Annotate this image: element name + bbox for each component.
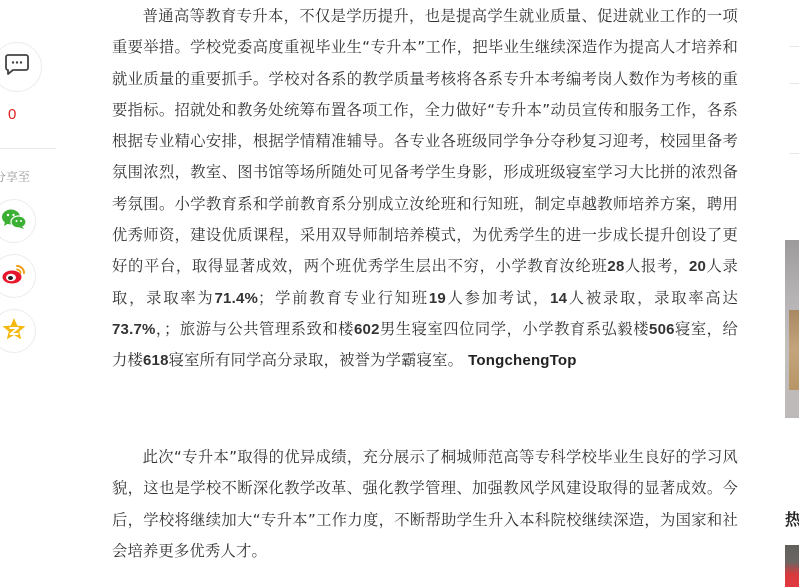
article-thumbnail[interactable]	[785, 545, 799, 587]
paragraph-text: 男生寝室四位同学，小学教育系弘毅楼	[380, 320, 649, 338]
stat-value: 28	[607, 258, 624, 275]
right-divider	[790, 83, 799, 84]
article-paragraph-1: 普通高等教育专升本，不仅是学历提升，也是提高学生就业质量、促进就业工作的一项重要…	[112, 1, 738, 377]
comment-button[interactable]	[0, 42, 42, 92]
paragraph-text: ，；旅游与公共管理系致和楼	[156, 320, 354, 338]
qzone-icon	[1, 317, 27, 345]
stat-value: 71.4%	[215, 290, 259, 307]
right-divider	[790, 46, 799, 47]
stat-value: 506	[649, 321, 675, 338]
comment-count: 0	[8, 106, 16, 123]
stat-value: 602	[354, 321, 380, 338]
share-wechat-button[interactable]	[0, 199, 36, 243]
share-rail: 0 分享至	[0, 0, 60, 587]
stat-value: 20	[689, 258, 706, 275]
stat-value: 19	[429, 290, 446, 307]
right-section-heading: 热	[785, 507, 799, 530]
weibo-icon	[1, 263, 27, 289]
rail-divider	[0, 148, 56, 149]
article-paragraph-2: 此次“专升本”取得的优异成绩，充分展示了桐城师范高等专科学校毕业生良好的学习风貌…	[112, 442, 738, 567]
source-brand: TongchengTop	[468, 352, 576, 369]
article-thumbnail[interactable]	[785, 240, 799, 418]
comment-bubble-icon	[4, 53, 30, 81]
paragraph-text: ；学前教育专业行知班	[258, 289, 429, 307]
right-divider	[790, 153, 799, 154]
share-weibo-button[interactable]	[0, 254, 36, 298]
paragraph-text: 人被录取，录取率高达	[567, 289, 738, 307]
paragraph-text: 寝室所有同学高分录取，被誉为学霸寝室。	[169, 351, 463, 369]
paragraph-text: 人报考，	[625, 257, 689, 275]
stat-value: 618	[143, 352, 169, 369]
stat-value: 73.7%	[112, 321, 156, 338]
right-sidebar: 热	[785, 0, 799, 587]
share-label: 分享至	[0, 168, 30, 185]
share-qzone-button[interactable]	[0, 309, 36, 353]
paragraph-text: 人参加考试，	[446, 289, 550, 307]
stat-value: 14	[550, 290, 567, 307]
wechat-icon	[1, 208, 27, 234]
paragraph-text: 普通高等教育专升本，不仅是学历提升，也是提高学生就业质量、促进就业工作的一项重要…	[112, 7, 738, 275]
